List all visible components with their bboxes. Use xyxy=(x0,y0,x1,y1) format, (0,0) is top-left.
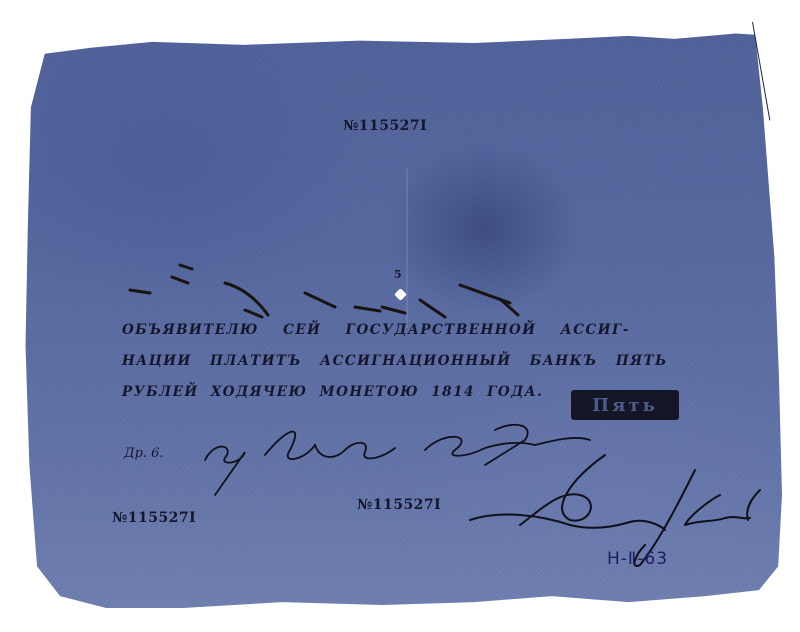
serial-number-bottom-left: №115527I xyxy=(112,510,196,526)
text-line-1: Объявителю сей государственной ассиг- xyxy=(122,322,630,338)
inventory-mark: H-Ⅱ-63 xyxy=(607,549,668,569)
serial-number-top: №115527I xyxy=(343,118,427,134)
text-line-2: нации платитъ ассигнационный банкъ пять xyxy=(122,353,668,369)
small-number: 5 xyxy=(394,268,402,281)
serial-number-bottom-middle: №115527I xyxy=(357,497,441,513)
text-line-3: рублей ходячею монетою 1814 года. xyxy=(122,384,543,400)
dr-label: Др. 6. xyxy=(124,446,164,461)
signature-top-middle xyxy=(110,255,530,325)
